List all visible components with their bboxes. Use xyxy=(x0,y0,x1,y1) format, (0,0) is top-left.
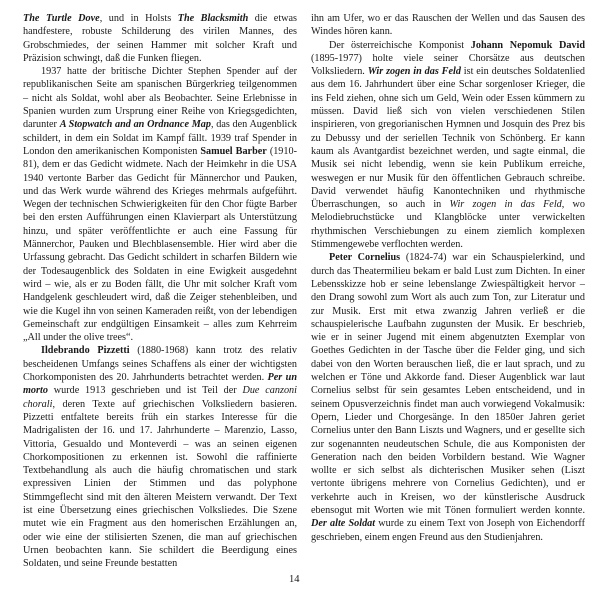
right-column: ihn am Ufer, wo er das Rauschen der Well… xyxy=(311,12,585,544)
composer-name: Samuel Barber xyxy=(200,146,266,157)
work-title: The Turtle Dove xyxy=(23,13,100,24)
composer-name: Peter Cornelius xyxy=(329,252,400,263)
composer-name: Ildebrando Pizzetti xyxy=(41,345,130,356)
page-number: 14 xyxy=(289,574,300,585)
left-column: The Turtle Dove, und in Holsts The Black… xyxy=(23,12,297,570)
work-title: The Blacksmith xyxy=(178,13,249,24)
work-title: Wir zogen in das Feld xyxy=(450,199,562,210)
paragraph-barber: 1937 hatte der britische Dichter Stephen… xyxy=(23,65,297,344)
composer-name: Johann Nepomuk David xyxy=(471,40,585,51)
paragraph-david: Der österreichische Komponist Johann Nep… xyxy=(311,39,585,252)
work-title: Wir zogen in das Feld xyxy=(368,66,461,77)
paragraph-pizzetti: Ildebrando Pizzetti (1880-1968) kann tro… xyxy=(23,344,297,570)
work-title: Der alte Soldat xyxy=(311,518,375,529)
paragraph-turtle-dove: The Turtle Dove, und in Holsts The Black… xyxy=(23,12,297,65)
paragraph-cornelius: Peter Cornelius (1824-74) war ein Schaus… xyxy=(311,251,585,544)
work-title: A Stopwatch and an Ordnance Map xyxy=(60,119,211,130)
paragraph-continuation: ihn am Ufer, wo er das Rauschen der Well… xyxy=(311,12,585,39)
